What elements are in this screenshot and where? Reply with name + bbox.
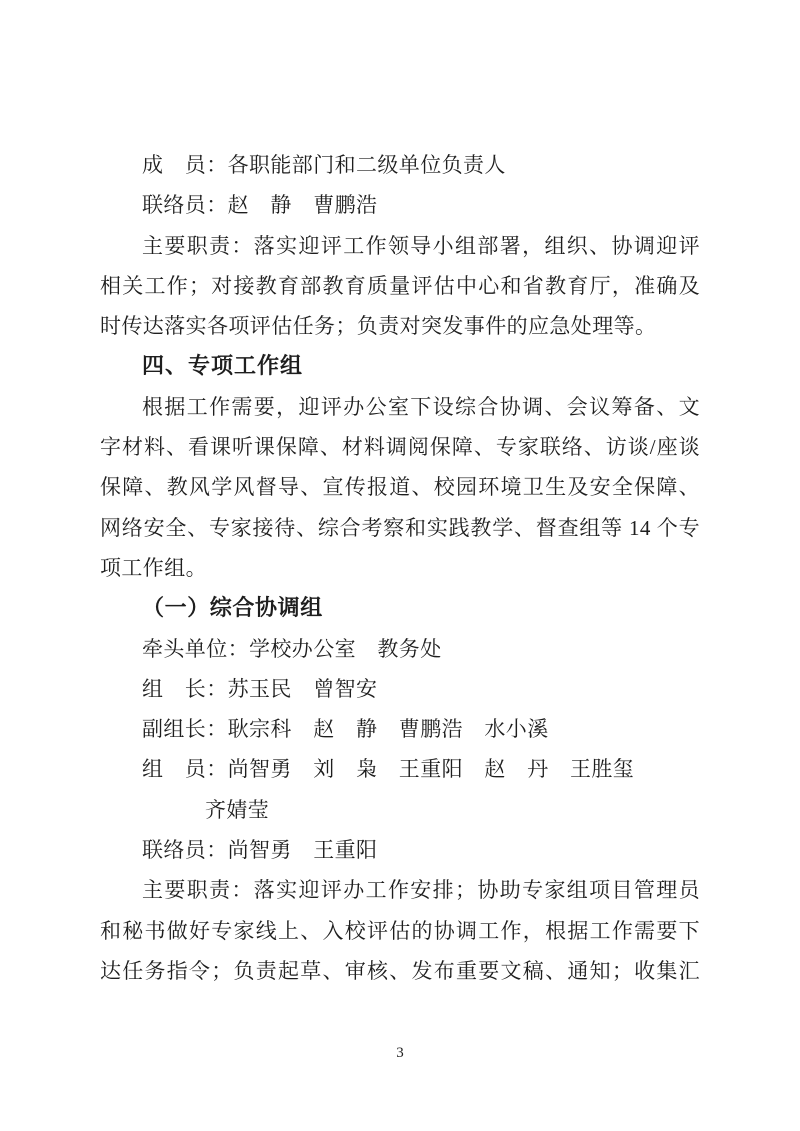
lead-unit-line: 牵头单位：学校办公室 教务处 bbox=[100, 629, 700, 669]
workgroups-paragraph-line: 根据工作需要，迎评办公室下设综合协调、会议筹备、文 bbox=[100, 387, 700, 427]
workgroups-paragraph-line: 字材料、看课听课保障、材料调阅保障、专家联络、访谈/座谈 bbox=[100, 427, 700, 467]
members-continuation-line: 齐婧莹 bbox=[100, 790, 700, 830]
liaison-line-2: 联络员：尚智勇 王重阳 bbox=[100, 830, 700, 870]
duties-paragraph-line: 时传达落实各项评估任务；负责对突发事件的应急处理等。 bbox=[100, 306, 700, 346]
leader-line: 组 长：苏玉民 曾智安 bbox=[100, 669, 700, 709]
document-page: 成 员：各职能部门和二级单位负责人 联络员：赵 静 曹鹏浩 主要职责：落实迎评工… bbox=[0, 0, 800, 1131]
members-line: 组 员：尚智勇 刘 枭 王重阳 赵 丹 王胜玺 bbox=[100, 749, 700, 789]
member-line: 成 员：各职能部门和二级单位负责人 bbox=[100, 145, 700, 185]
subsection-heading: （一）综合协调组 bbox=[100, 588, 700, 628]
duties-paragraph-2-line: 主要职责：落实迎评办工作安排；协助专家组项目管理员 bbox=[100, 870, 700, 910]
document-body: 成 员：各职能部门和二级单位负责人 联络员：赵 静 曹鹏浩 主要职责：落实迎评工… bbox=[100, 145, 700, 991]
workgroups-paragraph-line: 保障、教风学风督导、宣传报道、校园环境卫生及安全保障、 bbox=[100, 467, 700, 507]
liaison-line: 联络员：赵 静 曹鹏浩 bbox=[100, 185, 700, 225]
duties-paragraph-2-line: 和秘书做好专家线上、入校评估的协调工作，根据工作需要下 bbox=[100, 911, 700, 951]
duties-paragraph-2-line: 达任务指令；负责起草、审核、发布重要文稿、通知；收集汇 bbox=[100, 951, 700, 991]
deputy-leader-line: 副组长：耿宗科 赵 静 曹鹏浩 水小溪 bbox=[100, 709, 700, 749]
workgroups-paragraph-line: 网络安全、专家接待、综合考察和实践教学、督查组等 14 个专 bbox=[100, 508, 700, 548]
page-number: 3 bbox=[0, 1042, 800, 1064]
duties-paragraph-line: 主要职责：落实迎评工作领导小组部署，组织、协调迎评 bbox=[100, 226, 700, 266]
workgroups-paragraph-line: 项工作组。 bbox=[100, 548, 700, 588]
section-heading: 四、专项工作组 bbox=[100, 346, 700, 386]
duties-paragraph-line: 相关工作；对接教育部教育质量评估中心和省教育厅，准确及 bbox=[100, 266, 700, 306]
